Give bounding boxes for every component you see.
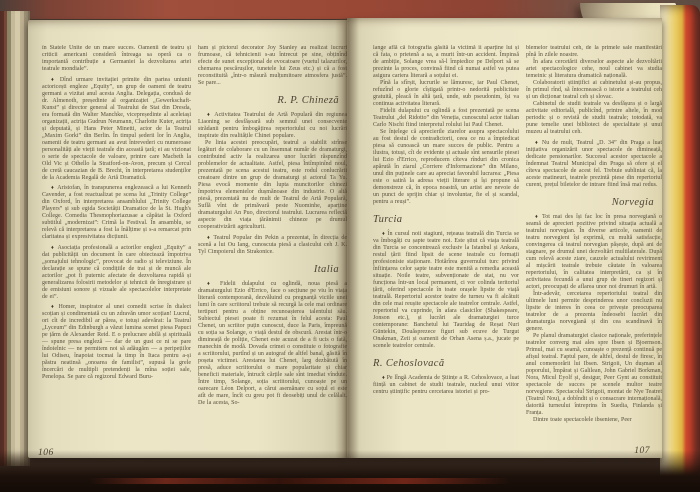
- paragraph-bullet-icon: ♦: [51, 245, 57, 251]
- open-book-photo: în Statele Unite de un mare succes. Oame…: [0, 0, 700, 492]
- paragraph: ♦ Tot mai des își fac loc în presa norve…: [526, 214, 662, 291]
- right-page-column-1: lange află că fotografia găsită la victi…: [373, 45, 519, 449]
- paragraph-bullet-icon: ♦: [207, 112, 214, 118]
- paragraph-bullet-icon: ♦: [51, 304, 58, 310]
- page-number-left: 106: [38, 448, 54, 458]
- section-heading: Turcia: [373, 214, 519, 226]
- paragraph: Pe linia acestei preocupări, teatrul a s…: [198, 140, 347, 231]
- paragraph-bullet-icon: ♦: [51, 185, 57, 191]
- right-page-columns: lange află că fotografia găsită la victi…: [347, 18, 662, 449]
- left-page-columns: în Statele Unite de un mare succes. Oame…: [28, 20, 347, 449]
- paragraph: ♦ Fidelii dulapului cu oglindă, noua pie…: [198, 281, 347, 407]
- paragraph: Colaboratorii științifici ai cabinetului…: [526, 80, 662, 101]
- paragraph: ♦ Homer, inspirator al unei comedii scri…: [42, 304, 191, 381]
- page-number-right: 107: [634, 446, 650, 456]
- paragraph-bullet-icon: ♦: [207, 235, 213, 241]
- paragraph: În afara cercetării diverselor aspecte a…: [526, 59, 662, 80]
- paragraph-bullet-icon: ♦: [535, 140, 542, 146]
- paragraph: ♦ Dînd urmare invitației primite din par…: [42, 77, 191, 182]
- paragraph: Se înțelege că aprecierile ziarelor asup…: [373, 129, 519, 206]
- right-page: lange află că fotografia găsită la victi…: [347, 18, 662, 458]
- paragraph: lange află că fotografia găsită la victi…: [373, 45, 519, 80]
- section-heading: R. P. Chineză: [198, 95, 347, 107]
- right-page-column-2: blemelor teatrului ceh, de la primele sa…: [526, 45, 662, 449]
- paragraph: ♦ Pe lîngă Academia de Științe a R. Ceho…: [373, 375, 519, 396]
- paragraph: în Statele Unite de un mare succes. Oame…: [42, 45, 191, 73]
- left-page: în Statele Unite de un mare succes. Oame…: [28, 20, 347, 458]
- paragraph-bullet-icon: ♦: [535, 214, 542, 220]
- paragraph: blemelor teatrului ceh, de la primele sa…: [526, 45, 662, 59]
- paragraph: ♦ Teatrul Popular din Pekin a prezentat,…: [198, 235, 347, 256]
- section-heading: Norvegia: [526, 197, 662, 209]
- paragraph: Cabinetul de studii teatrale va desfășur…: [526, 101, 662, 136]
- paragraph: Fidelii dulapului cu oglindă a fost prez…: [373, 108, 519, 129]
- page-fore-edges-right: [660, 5, 700, 477]
- paragraph: ♦ În cursul noii stagiuni, rețeaua teatr…: [373, 231, 519, 350]
- paragraph: ♦ Activitatea Teatrului de Artă Populară…: [198, 112, 347, 140]
- paragraph-bullet-icon: ♦: [51, 77, 60, 83]
- section-heading: Italia: [198, 264, 347, 276]
- left-page-column-1: în Statele Unite de un mare succes. Oame…: [42, 45, 191, 449]
- paragraph: ham și pictorul decorator Joy Stanley au…: [198, 45, 347, 87]
- stacked-page-edges-left: [0, 11, 30, 466]
- paragraph: Pînă la sfîrșit, lucrurile se lămuresc, …: [373, 80, 519, 108]
- paragraph: Pe planul dramaturgiei clasice naționale…: [526, 333, 662, 417]
- paragraph: Într-adevăr, cercetarea repertoriului te…: [526, 291, 662, 333]
- paragraph-bullet-icon: ♦: [382, 231, 388, 237]
- paragraph: ♦ Aristofan, în transpunerea englezească…: [42, 185, 191, 241]
- paragraph-bullet-icon: ♦: [382, 375, 387, 381]
- paragraph: ♦ Nu de mult, Teatrul „D. 34” din Praga …: [526, 140, 662, 189]
- left-page-column-2: ham și pictorul decorator Joy Stanley au…: [198, 45, 347, 449]
- paragraph-bullet-icon: ♦: [207, 281, 220, 287]
- section-heading: R. Cehoslovacă: [373, 358, 519, 370]
- paragraph: ♦ Asociația profesională a actorilor eng…: [42, 245, 191, 301]
- paragraph: Dintre toate spectacolele ibseniene, Pee…: [526, 417, 662, 424]
